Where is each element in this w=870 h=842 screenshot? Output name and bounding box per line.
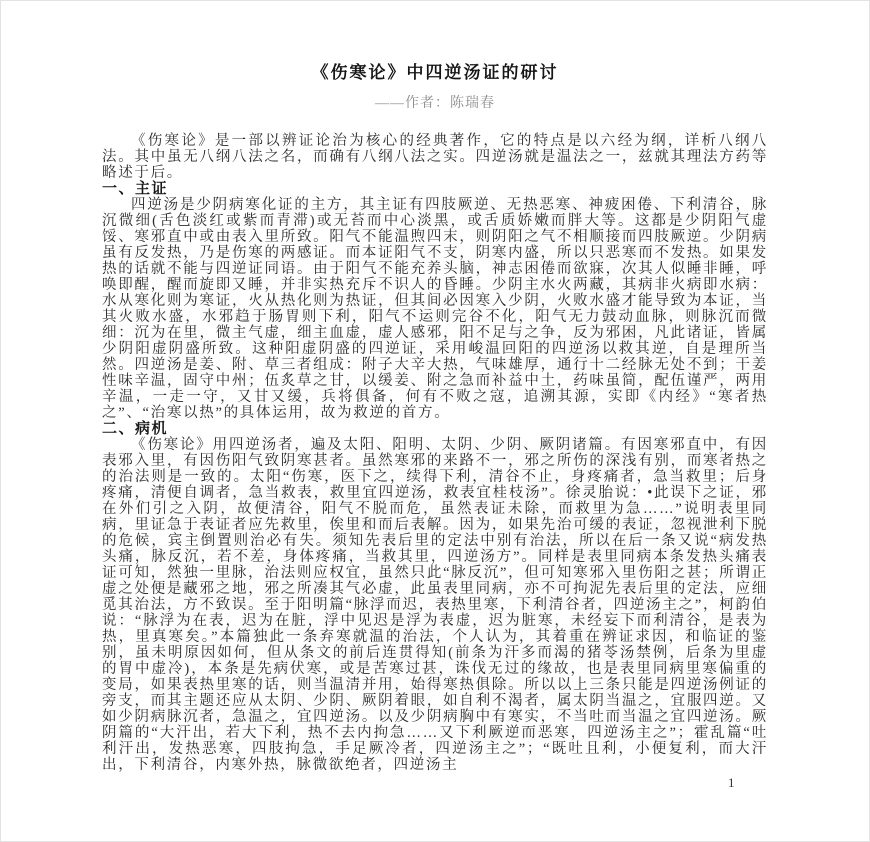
section-heading-pathogenesis: 二、病机 [102, 421, 768, 437]
page-number: 1 [728, 776, 735, 790]
intro-paragraph: 《伤寒论》是一部以辨证论治为核心的经典著作，它的特点是以六经为纲，详析八纲八法。… [102, 133, 768, 181]
section-body-main-syndrome: 四逆汤是少阴病寒化证的主方，其主证有四肢厥逆、无热恶寒、神疲困倦、下利清谷，脉沉… [102, 197, 768, 421]
author-line: ——作者：陈瑞春 [102, 95, 768, 113]
document-page: 《伤寒论》中四逆汤证的研讨 ——作者：陈瑞春 《伤寒论》是一部以辨证论治为核心的… [0, 0, 870, 842]
section-heading-main-syndrome: 一、主证 [102, 181, 768, 197]
document-title: 《伤寒论》中四逆汤证的研讨 [102, 62, 768, 84]
document-content: 《伤寒论》中四逆汤证的研讨 ——作者：陈瑞春 《伤寒论》是一部以辨证论治为核心的… [102, 62, 768, 773]
section-body-pathogenesis: 《伤寒论》用四逆汤者，遍及太阳、阳明、太阴、少阴、厥阴诸篇。有因寒邪直中，有因表… [102, 437, 768, 773]
